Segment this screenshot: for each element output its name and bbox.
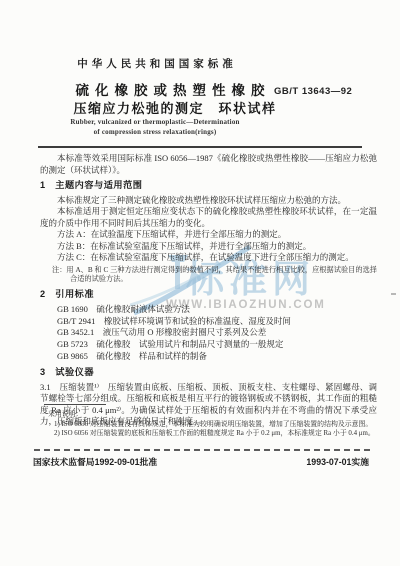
footer-row: 国家技术监督局1992-09-01批准 1993-07-01实施	[33, 455, 369, 468]
method-a-line: 方法 A：在试验温度下压缩试样，并进行全部压缩力的测定。	[40, 229, 377, 241]
section-3-heading: 3 试验仪器	[40, 367, 377, 379]
document-body: 本标准等效采用国际标准 ISO 6056—1987《硫化橡胶或热塑性橡胶——压缩…	[40, 153, 377, 428]
footnote-label: 采用说明：	[48, 410, 378, 420]
reference-item: GB 5723 硫化橡胶 试验用试片和制品尺寸测量的一般规定	[40, 339, 377, 351]
section-1-heading: 1 主题内容与适用范围	[40, 180, 377, 192]
document-page: 中华人民共和国国家标准 硫化橡胶或热塑性橡胶 压缩应力松弛的测定 环状试样 GB…	[0, 0, 400, 566]
english-subtitle-line2: of compression stress relaxation(rings)	[0, 128, 310, 136]
implementation-date: 1993-07-01实施	[306, 455, 369, 468]
footnote-item: 2) ISO 6056 对压缩装置的底板和压缩板工作面的粗糙度规定 Ra 小于 …	[54, 429, 378, 439]
footer-divider-rule	[34, 449, 370, 451]
reference-item: GB 9865 硫化橡胶 样品和试样的制备	[40, 351, 377, 363]
section-1-paragraph-1: 本标准规定了三种测定硫化橡胶或热塑性橡胶环状试样压缩应力松弛的方法。	[40, 195, 377, 207]
approval-authority-date: 国家技术监督局1992-09-01批准	[33, 455, 157, 468]
method-b-line: 方法 B：在标准试验室温度下压缩试样，并进行全部压缩力的测定。	[40, 241, 377, 253]
scan-artifact-mark	[391, 293, 396, 295]
reference-item: GB/T 2941 橡胶试样环境调节和试验的标准温度、湿度及时间	[40, 316, 377, 328]
section-2-heading: 2 引用标准	[40, 289, 377, 301]
reference-item: GB 3452.1 液压气动用 O 形橡胶密封圈尺寸系列及公差	[40, 327, 377, 339]
english-subtitle-line1: Rubber, vulcanized or thermoplastic—Dete…	[0, 118, 310, 126]
intro-paragraph: 本标准等效采用国际标准 ISO 6056—1987《硫化橡胶或热塑性橡胶——压缩…	[40, 153, 377, 176]
methods-note: 注：用 A、B 和 C 三种方法进行测定得到的数值不同，其结果不能进行相互比较，…	[40, 266, 377, 286]
header-divider-rule	[38, 146, 362, 148]
standard-number: GB/T 13643—92	[274, 86, 352, 97]
document-title-line2: 压缩应力松弛的测定 环状试样	[0, 98, 350, 117]
footnote-divider-rule	[44, 404, 106, 405]
section-1-paragraph-2: 本标准适用于测定恒定压缩应变状态下的硫化橡胶或热塑性橡胶环状试样，在一定温度的介…	[40, 206, 377, 229]
footnotes-block: 采用说明： 1) ISO 6056 对压缩装置没有具体规定，本标准为较明确说明压…	[40, 404, 378, 439]
footnote-item: 1) ISO 6056 对压缩装置没有具体规定，本标准为较明确说明压缩装置，增加…	[54, 420, 378, 430]
method-c-line: 方法 C：在标准试验室温度下压缩试样，在试验温度下进行全部压缩力的测定。	[40, 252, 377, 264]
national-standard-header: 中华人民共和国国家标准	[0, 56, 314, 71]
reference-item: GB 1690 硫化橡胶耐液体试验方法	[40, 304, 377, 316]
